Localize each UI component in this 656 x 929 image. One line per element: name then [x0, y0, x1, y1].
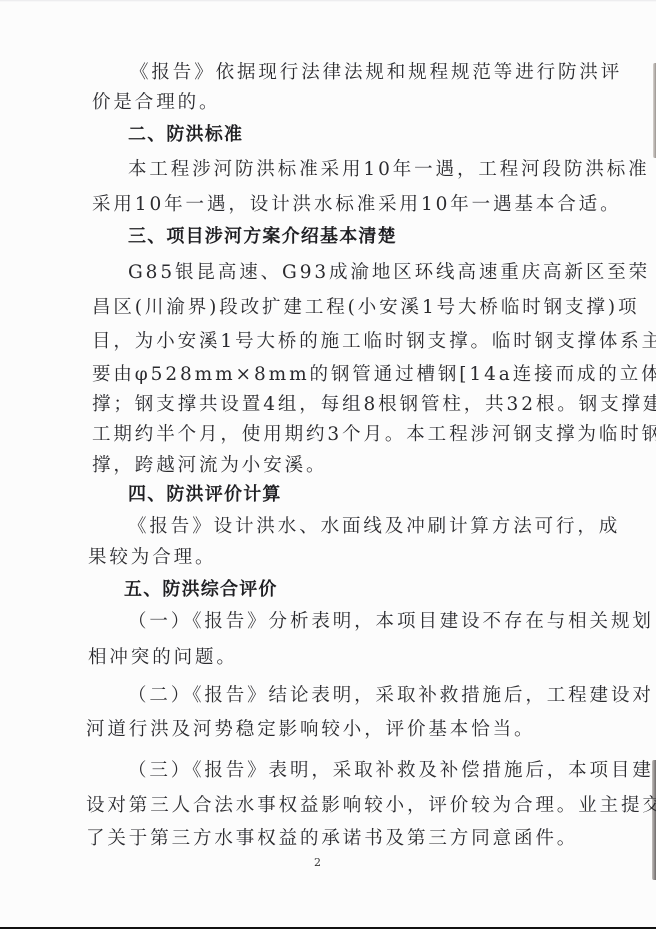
section-heading: 二、防洪标准 — [128, 124, 243, 146]
paragraph-line: 采用10年一遇，设计洪水标准采用10年一遇基本合适。 — [92, 194, 621, 216]
paragraph-line: 河道行洪及河势稳定影响较小，评价基本恰当。 — [86, 719, 535, 741]
section-heading: 三、项目涉河方案介绍基本清楚 — [128, 226, 397, 248]
paragraph-line: 价是合理的。 — [92, 92, 220, 114]
paragraph-line: 本工程涉河防洪标准采用10年一遇，工程河段防洪标准 — [128, 159, 650, 181]
page-number: 2 — [314, 856, 321, 869]
section-heading: 五、防洪综合评价 — [124, 579, 278, 601]
paragraph-line: 目，为小安溪1号大桥的施工临时钢支撑。临时钢支撑体系主 — [92, 331, 656, 353]
paragraph-line: 设对第三人合法水事权益影响较小，评价较为合理。业主提交 — [86, 795, 656, 817]
paragraph-line: （一）《报告》分析表明，本项目建设不存在与相关规划 — [128, 611, 654, 633]
document-page: 《报告》依据现行法律法规和规程规范等进行防洪评价是合理的。二、防洪标准本工程涉河… — [0, 0, 656, 929]
paragraph-line: G85银昆高速、G93成渝地区环线高速重庆高新区至荣 — [128, 262, 650, 284]
scan-edge-top — [0, 0, 656, 2]
paragraph-line: 昌区(川渝界)段改扩建工程(小安溪1号大桥临时钢支撑)项 — [92, 297, 639, 319]
paragraph-line: 要由φ528mm×8mm的钢管通过槽钢[14a连接而成的立体钢支 — [92, 364, 656, 386]
paragraph-line: 撑，跨越河流为小安溪。 — [92, 455, 327, 477]
paragraph-line: （二）《报告》结论表明，采取补救措施后，工程建设对 — [128, 685, 654, 707]
paragraph-line: 撑；钢支撑共设置4组，每组8根钢管柱，共32根。钢支撑建设 — [92, 394, 656, 416]
paragraph-line: 《报告》设计洪水、水面线及冲刷计算方法可行，成 — [128, 516, 620, 538]
paragraph-line: 工期约半个月，使用期约3个月。本工程涉河钢支撑为临时钢支 — [92, 424, 656, 446]
paragraph-line: 了关于第三方水事权益的承诺书及第三方同意函件。 — [86, 828, 578, 850]
paragraph-line: 相冲突的问题。 — [88, 647, 238, 669]
paragraph-line: （三）《报告》表明，采取补救及补偿措施后，本项目建 — [128, 760, 654, 782]
paragraph-line: 《报告》依据现行法律法规和规程规范等进行防洪评 — [130, 62, 622, 84]
paragraph-line: 果较为合理。 — [88, 547, 216, 569]
section-heading: 四、防洪评价计算 — [128, 484, 282, 506]
